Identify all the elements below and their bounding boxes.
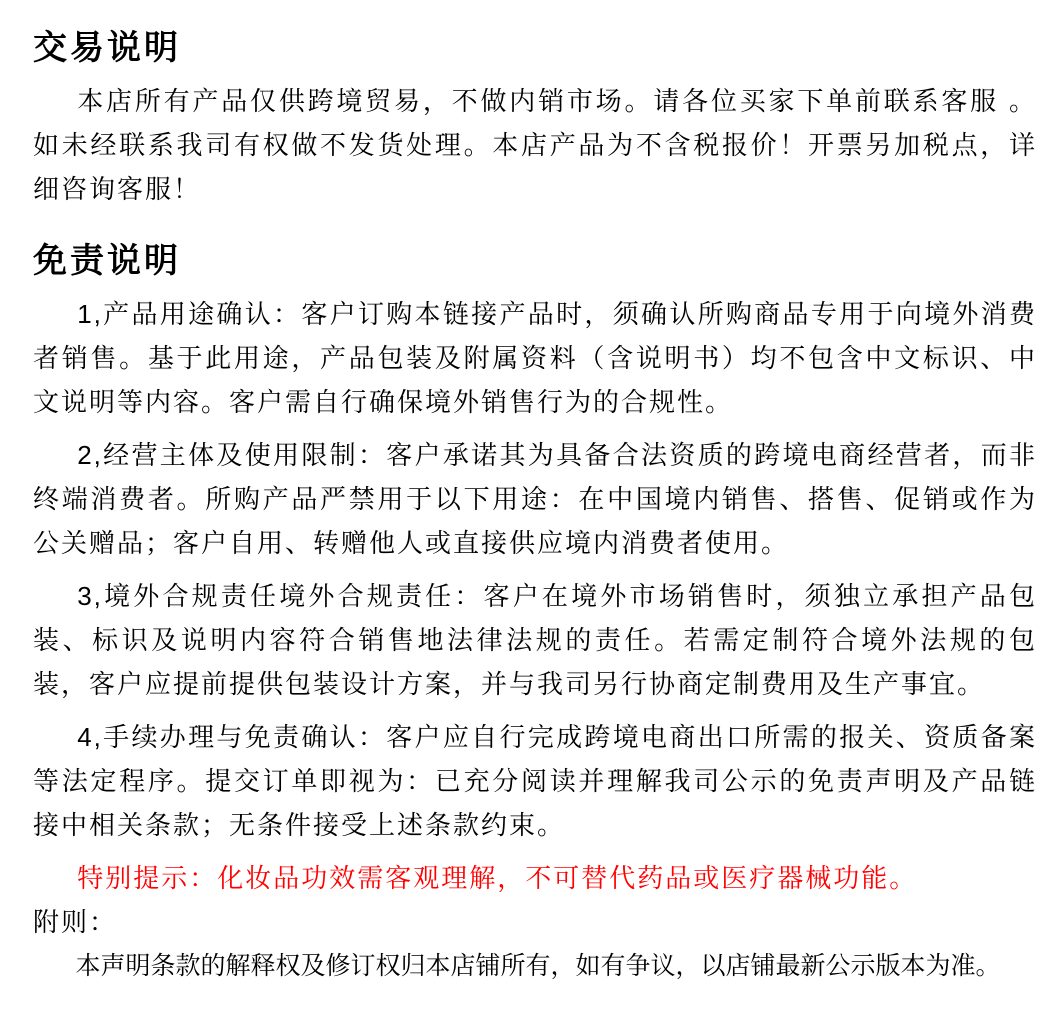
section-disclaimer: 免责说明 1,产品用途确认：客户订购本链接产品时，须确认所购商品专用于向境外消费… [33,239,1037,988]
section-trade-notes: 交易说明 本店所有产品仅供跨境贸易，不做内销市场。请各位买家下单前联系客服 。如… [33,26,1037,211]
appendix-statement: 本声明条款的解释权及修订权归本店铺所有，如有争议，以店铺最新公示版本为准。 [33,944,1037,988]
document-page: 交易说明 本店所有产品仅供跨境贸易，不做内销市场。请各位买家下单前联系客服 。如… [0,0,1042,1019]
disclaimer-item-2: 2,经营主体及使用限制：客户承诺其为具备合法资质的跨境电商经营者，而非终端消费者… [33,433,1037,565]
disclaimer-title: 免责说明 [33,239,1037,284]
special-notice-text: 特别提示：化妆品功效需客观理解，不可替代药品或医疗器械功能。 [33,856,1037,900]
disclaimer-item-4: 4,手续办理与免责确认：客户应自行完成跨境电商出口所需的报关、资质备案等法定程序… [33,715,1037,847]
appendix-label: 附则： [33,900,1037,944]
trade-notes-title: 交易说明 [33,26,1037,71]
trade-notes-paragraph: 本店所有产品仅供跨境贸易，不做内销市场。请各位买家下单前联系客服 。如未经联系我… [33,79,1037,211]
disclaimer-item-3: 3,境外合规责任境外合规责任：客户在境外市场销售时，须独立承担产品包装、标识及说… [33,574,1037,706]
disclaimer-item-1: 1,产品用途确认：客户订购本链接产品时，须确认所购商品专用于向境外消费者销售。基… [33,292,1037,424]
